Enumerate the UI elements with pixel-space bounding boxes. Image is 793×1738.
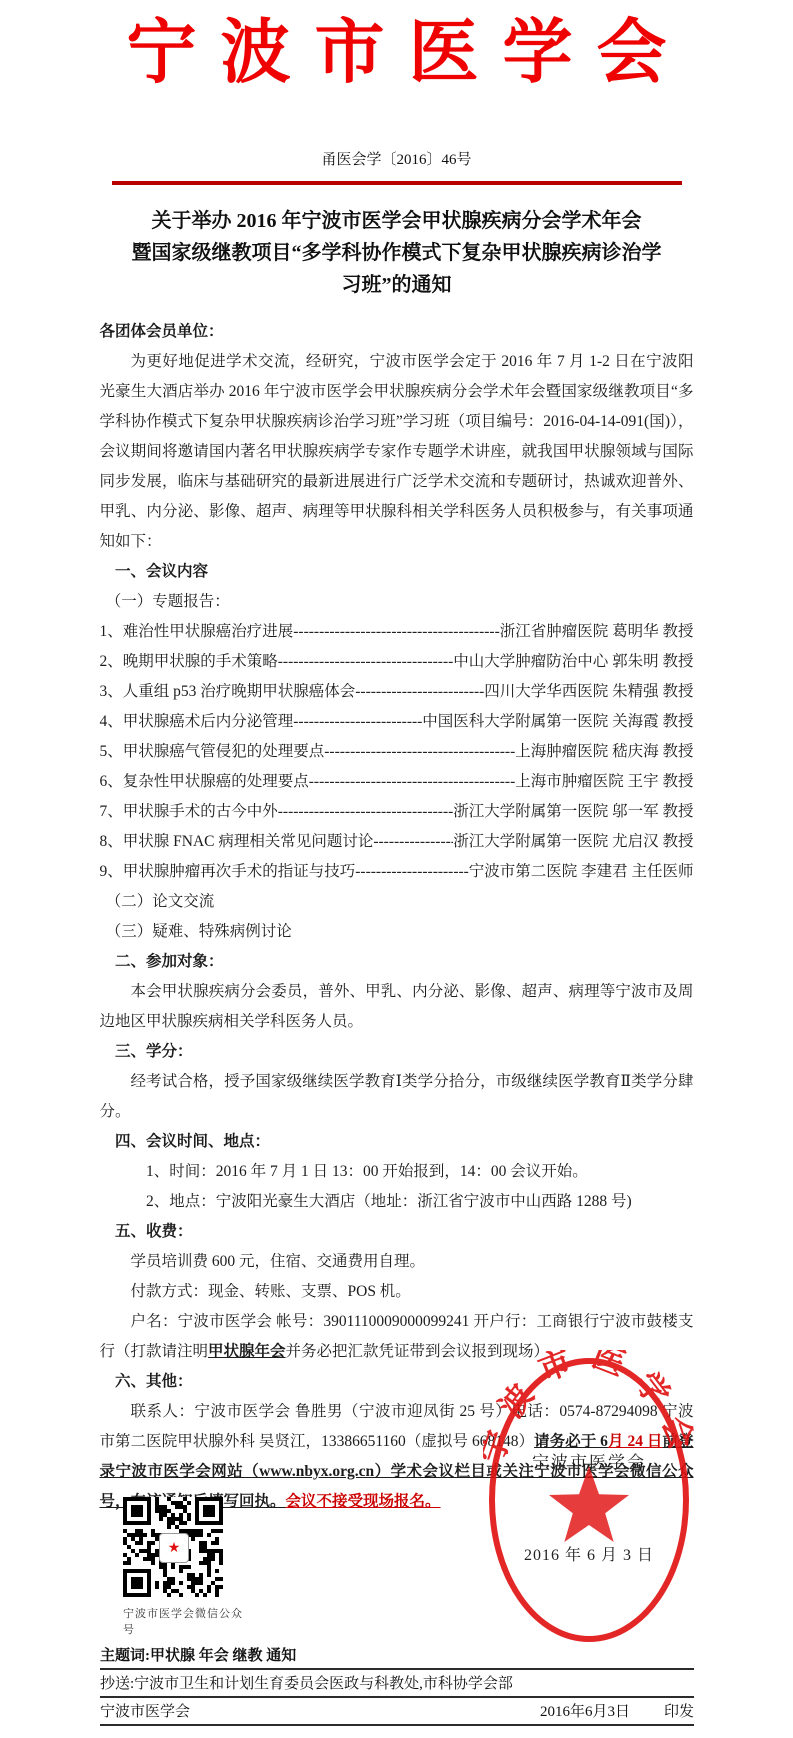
intro-paragraph: 为更好地促进学术交流，经研究，宁波市医学会定于 2016 年 7 月 1-2 日… [100,347,694,557]
dash-leader [355,677,484,707]
footer-cc-row: 抄送:宁波市卫生和计划生育委员会医政与科教处,市科协学会部 [100,1670,694,1698]
lecture-title: 6、复杂性甲状腺癌的处理要点 [100,767,309,797]
section2-text: 本会甲状腺疾病分会委员，普外、甲乳、内分泌、影像、超声、病理等宁波市及周边地区甲… [100,977,694,1037]
seal-stamp-icon: 宁波市医学会 [483,1350,695,1648]
lecture-venue: 四川大学华西医院 朱精强 教授 [484,677,693,707]
lecture-row: 1、难治性甲状腺癌治疗进展浙江省肿瘤医院 葛明华 教授 [100,617,694,647]
section2-heading: 二、参加对象： [100,947,694,977]
qr-code: ★ [123,1497,223,1597]
lecture-row: 7、甲状腺手术的古今中外浙江大学附属第一医院 邬一军 教授 [100,797,694,827]
lecture-title: 4、甲状腺癌术后内分泌管理 [100,707,294,737]
official-seal: 宁波市医学会 2016 年 6 月 3 日 宁波市医学会 [483,1350,695,1648]
dash-leader [373,827,453,857]
dash-leader [309,767,515,797]
lecture-venue: 浙江大学附属第一医院 尤启汉 教授 [453,827,693,857]
lecture-venue: 浙江大学附属第一医院 邬一军 教授 [453,797,693,827]
dash-leader [278,647,453,677]
lecture-row: 9、甲状腺肿瘤再次手术的指证与技巧宁波市第二医院 李建君 主任医师 [100,857,694,887]
dash-leader [293,617,499,647]
section3-text: 经考试合格，授予国家级继续医学教育Ⅰ类学分拾分，市级继续医学教育Ⅱ类学分肆分。 [100,1067,694,1127]
lecture-venue: 上海市肿瘤医院 王宇 教授 [515,767,693,797]
dash-leader [293,707,422,737]
lecture-row: 4、甲状腺癌术后内分泌管理中国医科大学附属第一医院 关海霞 教授 [100,707,694,737]
lecture-row: 3、人重组 p53 治疗晚期甲状腺癌体会四川大学华西医院 朱精强 教授 [100,677,694,707]
seal-star-icon [549,1466,629,1542]
lecture-title: 8、甲状腺 FNAC 病理相关常见问题讨论 [100,827,374,857]
org-masthead: 宁波市医学会 [0,0,793,96]
lecture-venue: 浙江省肿瘤医院 葛明华 教授 [500,617,694,647]
lecture-title: 3、人重组 p53 治疗晚期甲状腺癌体会 [100,677,356,707]
lecture-title: 5、甲状腺癌气管侵犯的处理要点 [100,737,325,767]
section4-time: 1、时间：2016 年 7 月 1 日 13：00 开始报到，14：00 会议开… [100,1157,694,1187]
section5-heading: 五、收费： [100,1217,694,1247]
footer-issue-row: 宁波市医学会 2016年6月3日印发 [100,1698,694,1726]
footer-issuer: 宁波市医学会 [100,1700,190,1721]
doc-title: 关于举办 2016 年宁波市医学会甲状腺疾病分会学术年会 暨国家级继教项目“多学… [0,205,793,301]
section5-fee: 学员培训费 600 元，住宿、交通费用自理。 [100,1247,694,1277]
doc-footer: 主题词:甲状腺 年会 继教 通知 抄送:宁波市卫生和计划生育委员会医政与科教处,… [100,1642,694,1726]
lecture-title: 2、晚期甲状腺的手术策略 [100,647,278,677]
section3-heading: 三、学分： [100,1037,694,1067]
dash-leader [278,797,453,827]
section1-sub2: （二）论文交流 [100,887,694,917]
qr-caption: 宁波市医学会微信公众号 [123,1605,253,1637]
lecture-venue: 中山大学肿瘤防治中心 郭朱明 教授 [453,647,693,677]
doc-body: 各团体会员单位： 为更好地促进学术交流，经研究，宁波市医学会定于 2016 年 … [100,317,694,1517]
footer-issue-date: 2016年6月3日 [540,1704,630,1720]
salutation: 各团体会员单位： [100,317,694,347]
wechat-qr-block: ★ 宁波市医学会微信公众号 [123,1497,253,1637]
footer-issue-right: 2016年6月3日印发 [540,1700,694,1721]
lecture-row: 2、晚期甲状腺的手术策略中山大学肿瘤防治中心 郭朱明 教授 [100,647,694,677]
document-page: 宁波市医学会 甬医会学〔2016〕46号 关于举办 2016 年宁波市医学会甲状… [0,0,793,1738]
section1-heading: 一、会议内容 [100,557,694,587]
lecture-venue: 上海肿瘤医院 嵇庆海 教授 [515,737,693,767]
doc-number: 甬医会学〔2016〕46号 [0,148,793,169]
contact-em-red2: 会议不接受现场报名。 [286,1493,441,1510]
svg-text:宁波市医学会: 宁波市医学会 [483,1350,695,1468]
dash-leader [355,857,468,887]
bank-emphasis: 甲状腺年会 [208,1343,286,1360]
lecture-row: 6、复杂性甲状腺癌的处理要点上海市肿瘤医院 王宇 教授 [100,767,694,797]
lecture-title: 7、甲状腺手术的古今中外 [100,797,278,827]
red-divider [112,181,682,185]
qr-center-logo-icon: ★ [159,1533,189,1563]
section4-heading: 四、会议时间、地点： [100,1127,694,1157]
dash-leader [324,737,515,767]
lecture-title: 1、难治性甲状腺癌治疗进展 [100,617,294,647]
lecture-venue: 宁波市第二医院 李建君 主任医师 [469,857,694,887]
lecture-title: 9、甲状腺肿瘤再次手术的指证与技巧 [100,857,356,887]
footer-issue-label: 印发 [664,1704,694,1720]
section1-sub3: （三）疑难、特殊病例讨论 [100,917,694,947]
section4-place: 2、地点：宁波阳光豪生大酒店（地址：浙江省宁波市中山西路 1288 号) [100,1187,694,1217]
section5-payment: 付款方式：现金、转账、支票、POS 机。 [100,1277,694,1307]
seal-ring-text: 宁波市医学会 [483,1350,695,1468]
doc-title-line2: 暨国家级继教项目“多学科协作模式下复杂甲状腺疾病诊治学 [0,237,793,269]
section1-sub1: （一）专题报告： [100,587,694,617]
lecture-venue: 中国医科大学附属第一医院 关海霞 教授 [422,707,693,737]
lecture-row: 8、甲状腺 FNAC 病理相关常见问题讨论浙江大学附属第一医院 尤启汉 教授 [100,827,694,857]
doc-title-line1: 关于举办 2016 年宁波市医学会甲状腺疾病分会学术年会 [0,205,793,237]
lecture-row: 5、甲状腺癌气管侵犯的处理要点上海肿瘤医院 嵇庆海 教授 [100,737,694,767]
doc-title-line3: 习班”的通知 [0,269,793,301]
